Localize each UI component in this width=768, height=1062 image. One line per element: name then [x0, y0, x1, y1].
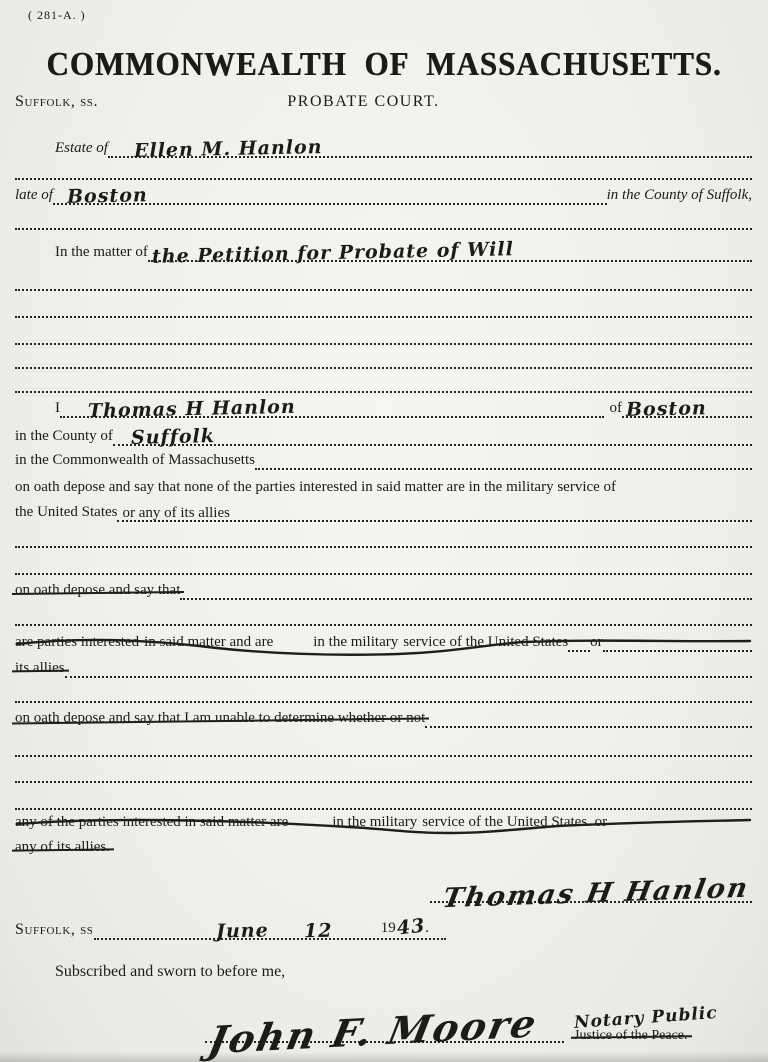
form-number: ( 281-A. ): [28, 8, 86, 23]
struck-clause-2b-rule: [65, 676, 752, 678]
dotted-rule: [15, 524, 752, 548]
notary-signature-rule: John F. Moore: [205, 1041, 564, 1043]
struck-clause-3-text: on oath depose and say that I am unable …: [15, 711, 425, 728]
struck-clause-2b: its allies: [15, 654, 752, 678]
struck-clause-2-rule: [603, 650, 752, 652]
county-handwritten: Suffolk: [131, 427, 215, 448]
deponent-name-handwritten: Thomas H Hanlon: [88, 398, 296, 421]
matter-rule: the Petition for Probate of Will: [148, 241, 752, 262]
jurat-date-rule: June 12 19 43 .: [94, 919, 446, 940]
late-of-label: late of: [15, 188, 53, 205]
dotted-rule-line: [15, 781, 752, 783]
subscribed-text: Subscribed and sworn to before me,: [55, 964, 285, 982]
struck-clause-1-rule: [180, 598, 752, 600]
of-label: of: [610, 401, 623, 418]
county-line: in the County of Suffolk: [15, 422, 752, 446]
county-suffix: in the County of Suffolk,: [607, 188, 752, 205]
oath-text-2: the United States: [15, 505, 117, 522]
court-name: PROBATE COURT.: [15, 94, 712, 112]
residence-city-handwritten: Boston: [67, 186, 148, 207]
deponent-signature-rule: Thomas H Hanlon: [430, 874, 752, 903]
struck-clause-1: on oath depose and say that: [15, 576, 752, 600]
dotted-rule-line: [15, 546, 752, 548]
dotted-rule: [15, 679, 752, 703]
oath-allies-text: or any of its allies: [117, 506, 234, 521]
struck-clause-2-seg-c: in the military: [313, 635, 398, 652]
deponent-line: I Thomas H Hanlon of Boston: [15, 394, 752, 418]
commonwealth-text: in the Commonwealth of Massachusetts: [15, 453, 255, 470]
struck-clause-4-seg-c: service of the United States. or: [422, 815, 607, 832]
estate-name-rule: Ellen M. Hanlon: [108, 137, 752, 158]
year-handwritten: 43: [396, 917, 426, 939]
county-label: in the County of: [15, 429, 113, 446]
struck-clause-2-seg-d: service of the United States: [403, 635, 568, 652]
jurat-line: Suffolk, ss June 12 19 43 .: [15, 916, 752, 940]
deponent-city-handwritten: Boston: [626, 399, 707, 420]
dotted-rule-line: [15, 316, 752, 318]
struck-clause-2-seg-e: or: [590, 635, 603, 652]
oath-line-2: the United States or any of its allies: [15, 498, 752, 522]
struck-clause-3-rule: [425, 726, 752, 728]
dotted-rule: [15, 602, 752, 626]
matter-label: In the matter of: [55, 245, 148, 262]
struck-clause-2: are parties interested in said matter an…: [15, 626, 752, 652]
commonwealth-line: in the Commonwealth of Massachusetts: [15, 446, 752, 470]
struck-clause-2-seg-a: are parties interested: [15, 635, 139, 652]
oath-line-1: on oath depose and say that none of the …: [15, 473, 752, 497]
county-rule: Suffolk: [113, 425, 752, 446]
mini-rule: [568, 650, 590, 652]
justice-title-struck: Justice of the Peace.: [574, 1029, 688, 1043]
matter-line: In the matter of the Petition for Probat…: [15, 238, 752, 262]
dotted-rule-line: [15, 289, 752, 291]
dotted-rule-line: [15, 701, 752, 703]
dotted-rule: [15, 156, 752, 180]
subscribed-line: Subscribed and sworn to before me,: [15, 958, 752, 982]
commonwealth-rule: [255, 468, 752, 470]
struck-clause-4-seg-a: any of the parties interested in said ma…: [15, 815, 288, 832]
dotted-rule-line: [15, 755, 752, 757]
date-day-handwritten: 12: [304, 922, 333, 942]
dotted-rule: [15, 759, 752, 783]
dotted-rule: [15, 551, 752, 575]
deponent-signature-handwritten: Thomas H Hanlon: [441, 875, 752, 913]
oath-text-1: on oath depose and say that none of the …: [15, 480, 616, 497]
notary-signature-handwritten: John F. Moore: [205, 1005, 541, 1060]
estate-line: Estate of Ellen M. Hanlon: [15, 134, 752, 158]
residence-line: late of Boston in the County of Suffolk,: [15, 181, 752, 205]
dotted-rule: [15, 345, 752, 369]
residence-rule: Boston: [53, 184, 607, 205]
dotted-rule-line: [15, 178, 752, 180]
dotted-rule: [15, 294, 752, 318]
struck-clause-4-seg-d: any of its allies.: [15, 840, 110, 857]
struck-clause-1-text: on oath depose and say that: [15, 583, 180, 600]
dotted-rule: [15, 206, 752, 230]
dotted-rule: [15, 733, 752, 757]
dotted-rule: [15, 321, 752, 345]
dotted-rule: [15, 267, 752, 291]
dotted-rule-line: [15, 228, 752, 230]
dotted-rule: [15, 369, 752, 393]
probate-affidavit-document: ( 281-A. ) COMMONWEALTH OF MASSACHUSETTS…: [0, 0, 768, 1062]
deponent-name-rule: Thomas H Hanlon: [60, 397, 604, 418]
deponent-city-rule: Boston: [622, 397, 752, 418]
struck-clause-2-seg-b: in said matter and are: [144, 635, 273, 652]
struck-clause-4: any of the parties interested in said ma…: [15, 806, 752, 832]
jurat-county: Suffolk, ss: [15, 922, 94, 940]
struck-clause-2-seg-f: its allies: [15, 661, 65, 678]
oath-allies-rule: or any of its allies: [117, 505, 752, 522]
court-header-row: Suffolk, ss. PROBATE COURT.: [15, 92, 752, 112]
struck-clause-4-seg-b: in the military: [332, 815, 417, 832]
notary-title-block: Notary Public Justice of the Peace.: [564, 1012, 752, 1043]
struck-clause-4b: any of its allies.: [15, 833, 752, 857]
dotted-rule-line: [15, 391, 752, 393]
document-title: COMMONWEALTH OF MASSACHUSETTS.: [0, 45, 768, 84]
struck-clause-3: on oath depose and say that I am unable …: [15, 704, 752, 728]
matter-handwritten: the Petition for Probate of Will: [152, 240, 514, 267]
dotted-rule-line: [15, 573, 752, 575]
deponent-signature-line: Thomas H Hanlon: [430, 873, 752, 903]
year-printed: 19: [381, 921, 396, 938]
notary-signature-line: John F. Moore Notary Public Justice of t…: [15, 1017, 752, 1043]
date-month-handwritten: June: [215, 921, 268, 941]
